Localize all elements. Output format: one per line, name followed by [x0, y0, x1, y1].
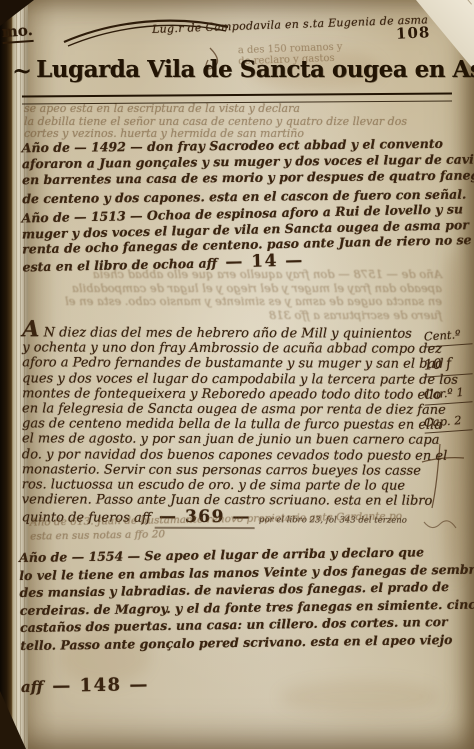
manuscript-text-line: apeado dan fray el muger y del riego y e…: [28, 282, 442, 296]
manuscript-text-line: en barrentes una casa de es morio y por …: [22, 168, 452, 189]
catchword-fragment: mo.: [1, 21, 33, 44]
section-title-row: ~Lugarda Vila de Sancta ougea en Asma.: [12, 56, 464, 85]
ledger-entry-1513: Año de — 1513 — Ochoa de espinosa aforo …: [21, 202, 452, 275]
entry-lines: Año de — 1554 — Se apeo el lugar de arri…: [19, 543, 452, 654]
margin-notes-column: Cent.º10 fCar.º 1Cap. 2: [424, 328, 472, 442]
manuscript-text-line: Año de — 1578 — don fray aquello era que…: [28, 268, 442, 282]
manuscript-text-line: monasterio. Servir con sus personas carr…: [22, 462, 424, 479]
manuscript-text-line: Car.º 1: [423, 384, 472, 405]
manuscript-text-line: el mes de agosto. y por san juan de juni…: [22, 432, 424, 449]
entry-lines: Año de — 1492 — don fray Sacrodeo ect ab…: [22, 136, 452, 189]
folio-page-number: 108: [396, 23, 431, 43]
ledger-entry-1581: A N diez dias del mes de hebrero año de …: [22, 322, 425, 529]
manuscript-text-line: montes de fontequeixera y Reboredo apead…: [22, 386, 424, 403]
title-tilde-mark: ~: [12, 56, 32, 85]
manuscript-photo: mo. Lug.r de Campodavila en s.ta Eugenia…: [0, 0, 474, 749]
folio-number: — 148 —: [48, 674, 153, 696]
ledger-entry-1492: Año de — 1492 — don fray Sacrodeo ect ab…: [22, 136, 453, 207]
page-title: Lugarda Vila de Sancta ougea en Asma.: [36, 56, 474, 83]
manuscript-text-line: aforo a Pedro fernandes de bustamante y …: [22, 356, 424, 373]
book-binding-edge: [0, 0, 12, 749]
folio-number: 79.: [471, 183, 474, 203]
manuscript-text-line: Cent.º: [423, 326, 472, 347]
manuscript-text-line: A N diez dias del mes de hebrero año de …: [22, 322, 424, 342]
entry-lines: Año de — 1513 — Ochoa de espinosa aforo …: [21, 202, 452, 257]
manuscript-text-line: 10 f: [423, 354, 472, 377]
manuscript-text-line: do. y por navidad dos buenos capones cev…: [22, 447, 424, 464]
manuscript-text-line: en sancta ougea de asma y es simiente y …: [28, 295, 442, 309]
manuscript-text-line: ques y dos voces el lugar do campodabila…: [22, 371, 424, 388]
manuscript-text-line: fuero de escripturas a ffo 318: [28, 309, 442, 323]
bleedthrough-mirrored-block: Año de — 1578 — don fray aquello era que…: [28, 268, 442, 322]
manuscript-text-line: Cap. 2: [423, 412, 472, 433]
manuscript-text-line: ros. luctuossa un escudo de oro. y de si…: [22, 477, 424, 494]
aff-label: aff: [21, 678, 43, 696]
ledger-entry-1554: Año de — 1554 — Se apeo el lugar de arri…: [19, 543, 453, 697]
bleedthrough-under-title: se apeo esta en la escriptura de la vist…: [24, 103, 454, 141]
entry-lines: A N diez dias del mes de hebrero año de …: [22, 322, 425, 509]
manuscript-text-line: se apeo esta en la escriptura de la vist…: [24, 103, 454, 116]
manuscript-text-line: en la felegresia de Sancta ougea de asma…: [22, 401, 424, 418]
